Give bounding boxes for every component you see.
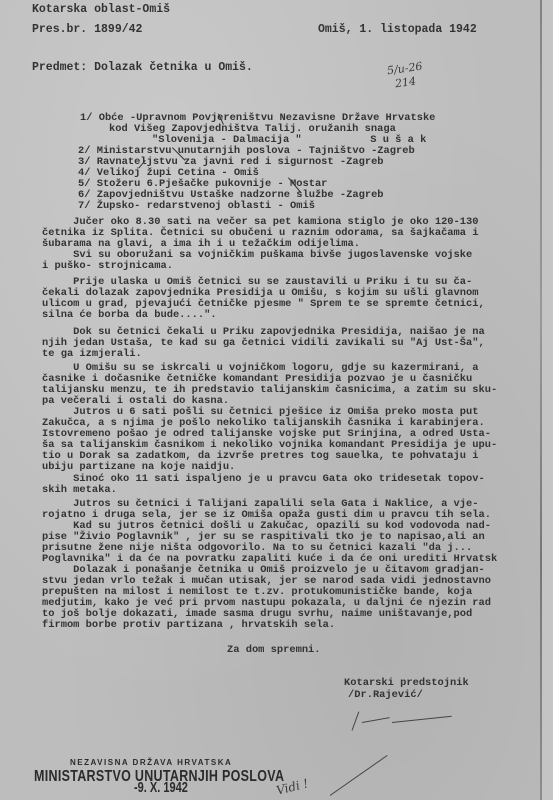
handwritten-slash (330, 755, 388, 796)
document-page: Kotarska oblast-Omiš Pres.br. 1899/42 Om… (0, 0, 553, 800)
recipient-line: 7/ Župsko- redarstvenoj oblasti - Omiš (78, 201, 315, 212)
signatory-title: Kotarski predstojnik (344, 678, 469, 689)
body-line: ubiju partizane na koje naidju. (42, 462, 235, 473)
body-line: skih metaka. (42, 485, 117, 496)
reference-number: Pres.br. 1899/42 (32, 24, 142, 35)
signatory-name: /Dr.Rajević/ (348, 690, 423, 701)
place-date: Omiš, 1. listopada 1942 (318, 24, 477, 35)
stamp-state-name: NEZAVISNA DRŽAVA HRVATSKA (70, 758, 232, 767)
page-edge (542, 0, 553, 800)
office-name: Kotarska oblast-Omiš (32, 4, 170, 15)
handwritten-ref-1: 5/u-26 (386, 60, 423, 78)
body-line: i puško- strojnicama. (42, 261, 173, 272)
body-line: te ga izmjerali. (42, 349, 142, 360)
body-line: silna će borba da bude....". (42, 310, 217, 321)
subject-line: Predmet: Dolazak četnika u Omiš. (32, 62, 253, 73)
handwritten-ref-2: 214 (394, 75, 417, 91)
page-fold-line (540, 0, 542, 800)
closing-salutation: Za dom spremni. (227, 645, 321, 656)
body-line: firmom borbe protiv partizana , hrvatski… (42, 620, 335, 631)
stamp-date: -9. X. 1942 (134, 780, 188, 796)
